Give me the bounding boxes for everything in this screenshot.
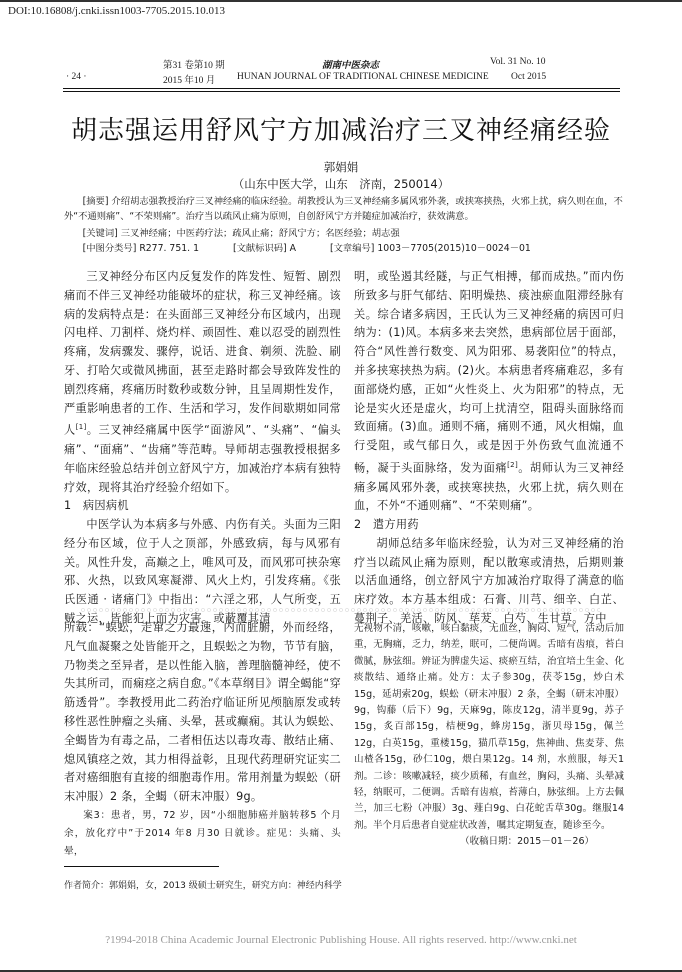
column-left-bottom: 所载：“蜈蚣，走窜之力最速，内而脏腑，外而经络，凡气血凝聚之处皆能开之，且蜈蚣之… xyxy=(64,619,341,861)
paragraph: 三叉神经分布区内反复发作的阵发性、短暂、剧烈痛而不伴三叉神经功能破坏的症状，称三… xyxy=(64,268,341,497)
paragraph: 所载：“蜈蚣，走窜之力最速，内而脏腑，外而经络，凡气血凝聚之处皆能开之，且蜈蚣之… xyxy=(64,619,341,807)
date-cn: 2015 年10 月 xyxy=(163,72,215,86)
article-no-value: 1003－7705(2015)10－0024－01 xyxy=(377,243,530,254)
article-title: 胡志强运用舒风宁方加减治疗三叉神经痛经验 xyxy=(0,110,682,147)
classification-line: [中图分类号] R277. 751. 1 [文献标识码] A [文章编号] 10… xyxy=(64,242,624,257)
journal-name-cn: 湖南中医杂志 xyxy=(322,57,379,71)
clc-value: R277. 751. 1 xyxy=(139,243,199,254)
doc-code-label: [文献标识码] xyxy=(233,243,287,254)
keywords-label: [关键词] xyxy=(83,228,118,239)
paragraph: 无视物不清，咳嗽，咳白黏痰，无血丝，胸闷、短气，活动后加重，无胸痛，乏力，纳差，… xyxy=(354,621,624,834)
abstract-text: 介绍胡志强教授治疗三叉神经痛的临床经验。胡教授认为三叉神经痛多属风邪外袭，或挟寒… xyxy=(64,196,623,222)
column-left-top: 三叉神经分布区内反复发作的阵发性、短暂、剧烈痛而不伴三叉神经功能破坏的症状，称三… xyxy=(64,268,341,629)
author-bio-footnote: 作者简介：郭娟娟，女，2013 级硕士研究生，研究方向：神经内科学 xyxy=(64,878,342,891)
keywords: [关键词] 三叉神经痛；中医药疗法；疏风止痛；舒风宁方；名医经验；胡志强 xyxy=(64,227,624,242)
keywords-text: 三叉神经痛；中医药疗法；疏风止痛；舒风宁方；名医经验；胡志强 xyxy=(121,228,400,239)
paragraph: 案3：患者，男，72 岁，因“小细胞肺癌并脑转移5 个月余，放化疗中”于2014… xyxy=(64,807,341,861)
volume-en: Vol. 31 No. 10 xyxy=(490,57,546,67)
journal-name-en: HUNAN JOURNAL OF TRADITIONAL CHINESE MED… xyxy=(237,72,489,82)
citation-ref[interactable]: [1] xyxy=(76,423,87,431)
author-name: 郭娟娟 xyxy=(0,159,682,175)
footnote-rule xyxy=(64,866,219,867)
date-en: Oct 2015 xyxy=(511,72,546,82)
paragraph: 胡师总结多年临床经验，认为对三叉神经痛的治疗当以疏风止痛为原则，配以散寒或清热，… xyxy=(354,535,624,629)
column-right-top: 明，或坠遏其经隧，与正气相搏，郁而成热。”而内伤所致多与肝气郁结、阳明燥热、痰浊… xyxy=(354,268,624,629)
article-no-label: [文章编号] xyxy=(330,243,374,254)
received-date: （收稿日期：2015－01－26） xyxy=(354,834,624,850)
wavy-divider xyxy=(80,607,600,613)
clc-label: [中图分类号] xyxy=(83,243,137,254)
volume-cn: 第31 卷第10 期 xyxy=(163,57,225,71)
paragraph: 明，或坠遏其经隧，与正气相搏，郁而成热。”而内伤所致多与肝气郁结、阳明燥热、痰浊… xyxy=(354,268,624,516)
header-rule-thin xyxy=(63,91,620,92)
abstract-label: [摘要] xyxy=(64,196,108,207)
author-affiliation: （山东中医大学，山东 济南，250014） xyxy=(0,176,682,192)
section-heading-1: 1 病因病机 xyxy=(64,497,341,516)
doi-line: DOI:10.16808/j.cnki.issn1003-7705.2015.1… xyxy=(8,5,225,17)
copyright-notice: ?1994-2018 China Academic Journal Electr… xyxy=(0,934,682,946)
header-rule xyxy=(63,88,620,89)
doc-code-value: A xyxy=(290,243,296,254)
section-heading-2: 2 遣方用药 xyxy=(354,516,624,535)
abstract: [摘要] 介绍胡志强教授治疗三叉神经痛的临床经验。胡教授认为三叉神经痛多属风邪外… xyxy=(64,195,624,224)
page-number: · 24 · xyxy=(66,72,87,82)
column-right-bottom: 无视物不清，咳嗽，咳白黏痰，无血丝，胸闷、短气，活动后加重，无胸痛，乏力，纳差，… xyxy=(354,621,624,851)
citation-ref[interactable]: [2] xyxy=(507,461,518,469)
